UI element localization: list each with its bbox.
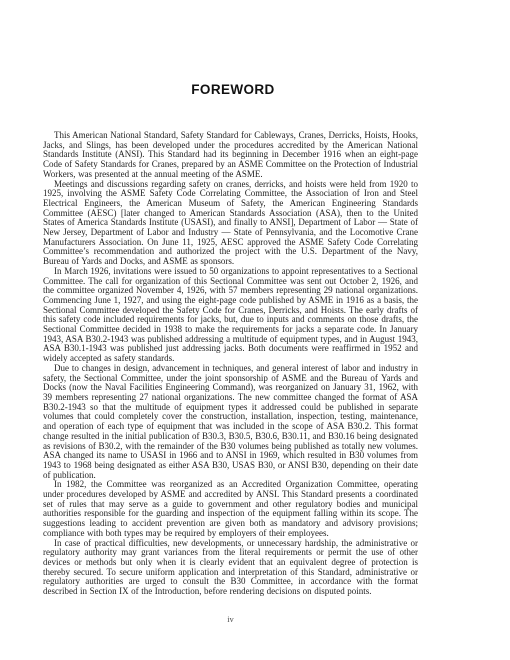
foreword-paragraph: In 1982, the Committee was reorganized a… xyxy=(43,480,418,538)
document-page: FOREWORD This American National Standard… xyxy=(0,0,510,660)
page-number: iv xyxy=(43,614,418,624)
foreword-paragraph: In March 1926, invitations were issued t… xyxy=(43,267,418,364)
page-title: FOREWORD xyxy=(43,82,423,97)
foreword-paragraph: Meetings and discussions regarding safet… xyxy=(43,180,418,267)
foreword-paragraph: Due to changes in design, advancement in… xyxy=(43,364,418,480)
foreword-paragraph: This American National Standard, Safety … xyxy=(43,131,418,180)
foreword-body: This American National Standard, Safety … xyxy=(43,131,418,597)
foreword-paragraph: In case of practical difficulties, new d… xyxy=(43,539,418,597)
